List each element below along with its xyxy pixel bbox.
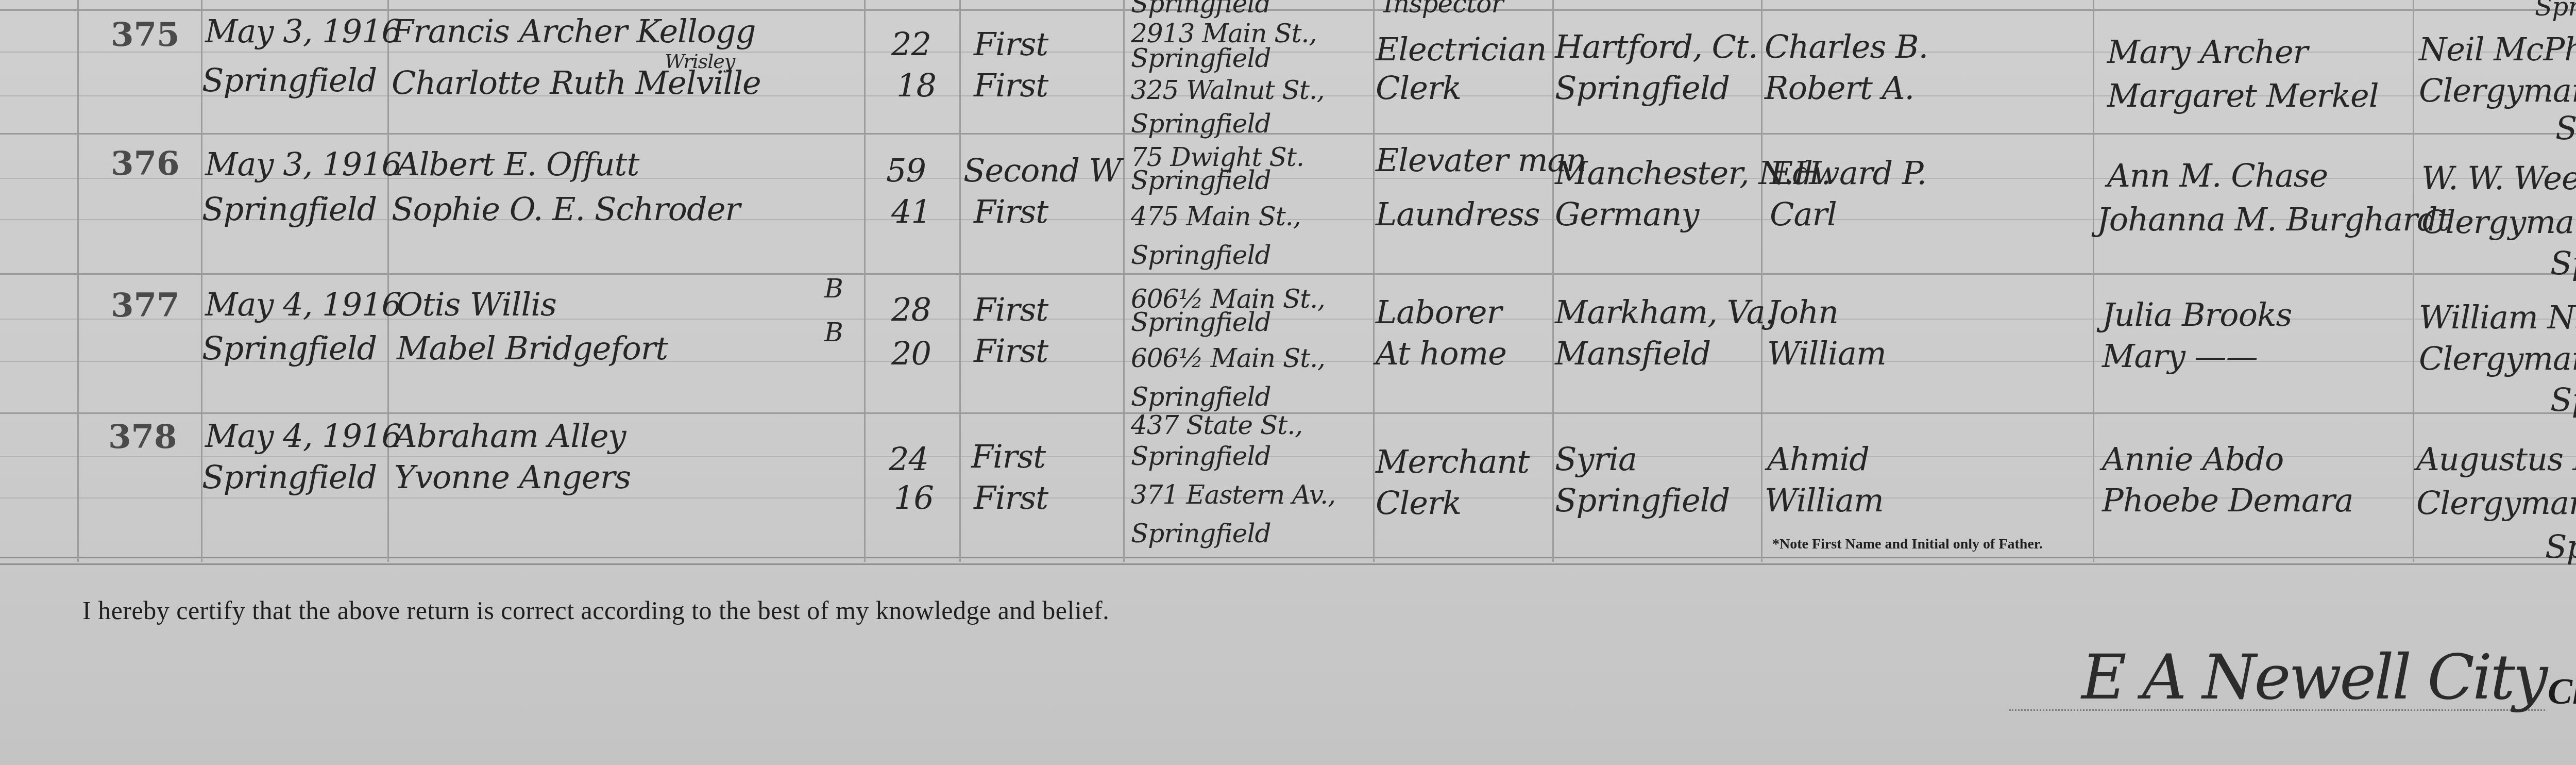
bride-father: Carl bbox=[1770, 198, 1837, 230]
groom-birthplace: Syria bbox=[1555, 443, 1637, 475]
marriage-date: May 4, 1916 bbox=[205, 420, 401, 452]
bride-birthplace: Mansfield bbox=[1555, 338, 1710, 370]
groom-father: Ahmid bbox=[1767, 443, 1869, 475]
rule-bottom bbox=[0, 557, 2576, 565]
groom-age: 28 bbox=[891, 294, 931, 326]
bride-name: Sophie O. E. Schroder bbox=[392, 193, 740, 225]
groom-marriage: First bbox=[971, 441, 1045, 473]
groom-occupation: Merchant bbox=[1376, 446, 1529, 478]
carryover-residence: Springfield bbox=[1131, 0, 1270, 16]
groom-father: John bbox=[1767, 296, 1838, 328]
bride-age: 20 bbox=[891, 338, 931, 370]
groom-name: Otis Willis bbox=[397, 289, 556, 321]
groom-marriage: First bbox=[974, 28, 1048, 60]
marriage-place: Springfield bbox=[202, 332, 377, 364]
clerk-signature: E A Newell City bbox=[2081, 642, 2546, 713]
col-rule bbox=[1552, 0, 1554, 562]
groom-age: 22 bbox=[891, 28, 931, 60]
marriage-date: May 3, 1916 bbox=[205, 148, 401, 180]
bride-father: William bbox=[1767, 338, 1886, 370]
col-rule bbox=[1761, 0, 1762, 562]
officiant-place: Springfield bbox=[2550, 384, 2576, 416]
officiant-title: Clergyman bbox=[2419, 75, 2576, 107]
rule-entry-375-376 bbox=[0, 133, 2576, 135]
marriage-date: May 3, 1916 bbox=[205, 15, 401, 47]
groom-mother: Ann M. Chase bbox=[2107, 160, 2328, 192]
bride-age: 41 bbox=[891, 196, 931, 228]
bride-name: Yvonne Angers bbox=[394, 461, 631, 493]
bride-residence-city: Springfield bbox=[1131, 111, 1270, 137]
entry-number: 376 bbox=[111, 144, 180, 183]
groom-residence-city: Springfield bbox=[1131, 168, 1270, 193]
col-rule bbox=[2413, 0, 2414, 562]
rule-top bbox=[0, 9, 2576, 11]
clerk-label: Clerk bbox=[2548, 670, 2576, 713]
bride-color-mark: B bbox=[824, 320, 843, 345]
certification-text: I hereby certify that the above return i… bbox=[82, 595, 1109, 625]
groom-marriage: Second W bbox=[963, 155, 1121, 187]
groom-occupation: Laborer bbox=[1376, 296, 1501, 328]
officiant-name: Neil McPherson bbox=[2419, 34, 2576, 65]
carryover-officiant-place: Springfield bbox=[2535, 0, 2576, 20]
bride-mother: Johanna M. Burghardt bbox=[2097, 204, 2449, 236]
marriage-place: Springfield bbox=[202, 461, 377, 493]
bride-father: Robert A. bbox=[1765, 72, 1914, 104]
bride-marriage: First bbox=[974, 196, 1048, 228]
groom-father: Edward P. bbox=[1770, 157, 1926, 189]
groom-residence-street: 2913 Main St., bbox=[1131, 21, 1316, 46]
bride-mother: Phoebe Demara bbox=[2102, 485, 2353, 517]
bride-occupation: Laundress bbox=[1376, 198, 1540, 230]
bride-marriage: First bbox=[974, 482, 1048, 514]
groom-residence-city: Springfield bbox=[1131, 443, 1270, 469]
bride-age: 18 bbox=[896, 70, 936, 102]
bride-residence-city: Springfield bbox=[1131, 521, 1270, 546]
groom-father: Charles B. bbox=[1765, 31, 1928, 63]
officiant-title: Clergyman bbox=[2416, 487, 2576, 519]
bride-marriage: First bbox=[974, 70, 1048, 102]
marriage-place: Springfield bbox=[202, 193, 377, 225]
bride-birthplace: Springfield bbox=[1555, 72, 1730, 104]
bride-residence-street: 475 Main St., bbox=[1131, 204, 1301, 229]
col-rule bbox=[959, 0, 961, 562]
groom-name: Albert E. Offutt bbox=[397, 148, 639, 180]
officiant-name: Augustus P. Reccord bbox=[2416, 443, 2576, 475]
entry-number: 375 bbox=[111, 15, 180, 54]
col-rule bbox=[1123, 0, 1125, 562]
groom-birthplace: Markham, Va. bbox=[1555, 296, 1775, 328]
groom-mother: Mary Archer bbox=[2107, 36, 2308, 68]
groom-name: Abraham Alley bbox=[394, 420, 626, 452]
officiant-place: Springfield bbox=[2550, 247, 2576, 279]
bride-age: 16 bbox=[894, 482, 934, 514]
bride-residence-city: Springfield bbox=[1131, 384, 1270, 410]
groom-residence-street: 437 State St., bbox=[1131, 412, 1302, 438]
col-rule bbox=[77, 0, 79, 562]
bride-birthplace: Germany bbox=[1555, 198, 1699, 230]
groom-residence-city: Springfield bbox=[1131, 309, 1270, 335]
bride-birthplace: Springfield bbox=[1555, 485, 1730, 517]
groom-mother: Annie Abdo bbox=[2102, 443, 2283, 475]
marriage-date: May 4, 1916 bbox=[205, 289, 401, 321]
groom-age: 59 bbox=[886, 155, 926, 187]
bride-occupation: Clerk bbox=[1376, 487, 1461, 519]
entry-number: 378 bbox=[108, 418, 177, 456]
groom-residence-city: Springfield bbox=[1131, 45, 1270, 71]
bride-residence-street: 371 Eastern Av., bbox=[1131, 482, 1335, 508]
carryover-occupation: Inspector bbox=[1383, 0, 1503, 16]
bride-name: Charlotte Ruth Melville bbox=[392, 67, 761, 99]
col-rule bbox=[864, 0, 866, 562]
marriage-place: Springfield bbox=[202, 64, 377, 96]
bride-marriage: First bbox=[974, 335, 1048, 367]
officiant-place: Springfield bbox=[2555, 112, 2576, 144]
footnote: *Note First Name and Initial only of Fat… bbox=[1772, 536, 2092, 553]
officiant-name: W. W. Weeks bbox=[2421, 162, 2576, 194]
groom-name: Francis Archer Kellogg bbox=[392, 15, 755, 47]
register-page: Springfield Inspector Springfield 375 Ma… bbox=[0, 0, 2576, 765]
groom-color-mark: B bbox=[824, 276, 843, 302]
entry-number: 377 bbox=[111, 286, 180, 325]
groom-occupation: Electrician bbox=[1376, 34, 1546, 65]
bride-residence-street: 606½ Main St., bbox=[1131, 345, 1325, 371]
groom-mother: Julia Brooks bbox=[2102, 299, 2292, 331]
groom-age: 24 bbox=[889, 443, 928, 475]
bride-mother: Margaret Merkel bbox=[2107, 80, 2379, 112]
groom-birthplace: Hartford, Ct. bbox=[1555, 31, 1758, 63]
officiant-name: William N. DeBerry bbox=[2419, 302, 2576, 334]
bride-father: William bbox=[1765, 485, 1884, 517]
col-rule bbox=[1373, 0, 1375, 562]
officiant-place: Springfield bbox=[2545, 531, 2576, 563]
col-rule bbox=[387, 0, 389, 562]
bride-residence-city: Springfield bbox=[1131, 242, 1270, 268]
officiant-title: Clergyman bbox=[2419, 343, 2576, 375]
bride-occupation: At home bbox=[1376, 338, 1506, 370]
col-rule bbox=[2093, 0, 2094, 562]
bride-name: Mabel Bridgefort bbox=[397, 332, 668, 364]
officiant-title: Clergyman bbox=[2421, 206, 2576, 238]
bride-residence-street: 325 Walnut St., bbox=[1131, 77, 1325, 103]
bride-mother: Mary —— bbox=[2102, 340, 2258, 372]
bride-occupation: Clerk bbox=[1376, 72, 1461, 104]
groom-marriage: First bbox=[974, 294, 1048, 326]
rule-entry-376-377 bbox=[0, 273, 2576, 275]
